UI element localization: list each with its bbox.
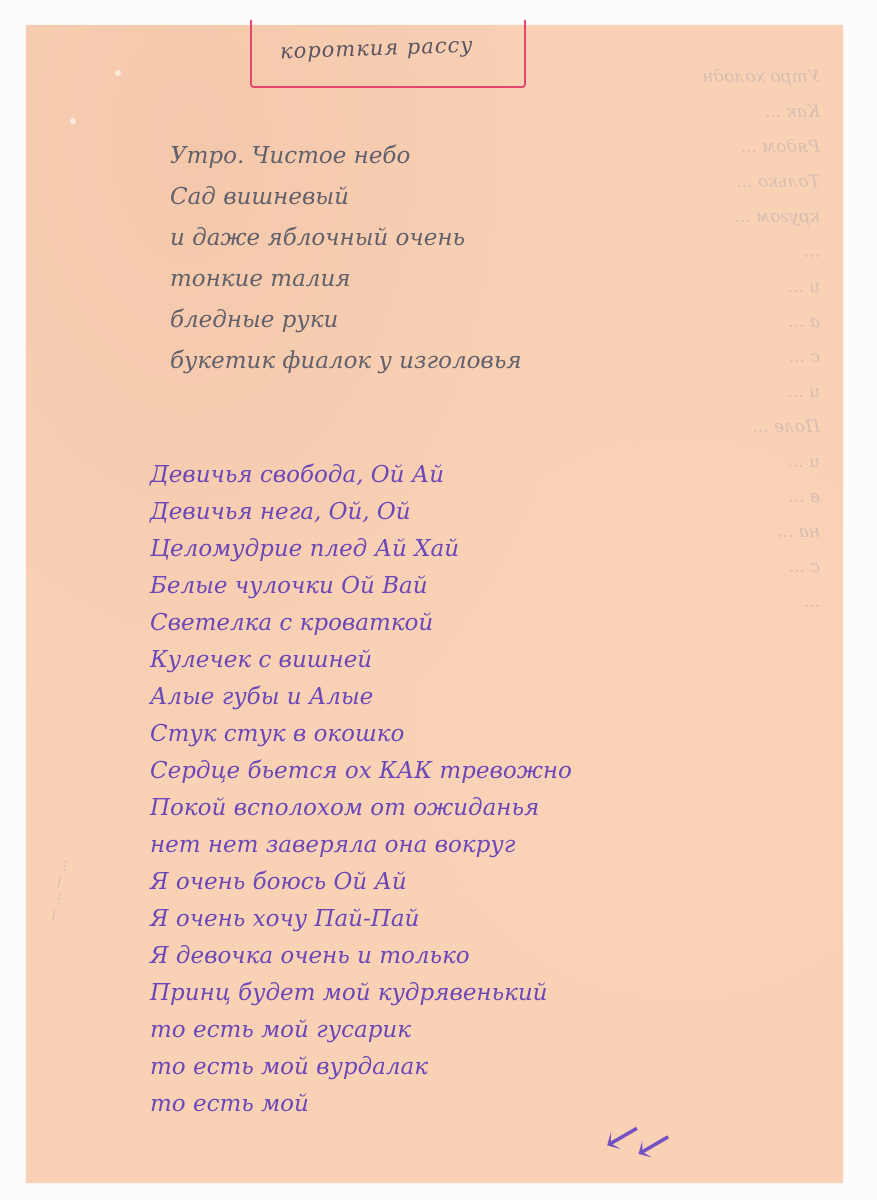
bleed-line: а ... [600,305,820,340]
paper-crease [70,118,76,124]
poem-line: букетик фиалок у изголовья [170,341,522,382]
bleed-line: Только ... [600,165,820,200]
poem-line: Покой всполохом от ожиданья [150,790,572,827]
bleed-through-text: Утро холодн Как ... Рядом ... Только ...… [600,60,820,620]
bleed-line: и ... [600,445,820,480]
poem-line: Утро. Чистое небо [170,136,522,177]
poem-line: тонкие талия [170,259,522,300]
paper-crease [115,70,121,76]
poem-line: то есть мой вурдалак [150,1049,572,1086]
bleed-line: Поле ... [600,410,820,445]
poem-line: Я девочка очень и только [150,938,572,975]
poem-line: то есть мой гусарик [150,1012,572,1049]
poem-line: Сад вишневый [170,177,522,218]
poem-line: Стук стук в окошко [150,716,572,753]
poem-line: Целомудрие плед Ай Хай [150,531,572,568]
poem-line: и даже яблочный очень [170,218,522,259]
bleed-line: и ... [600,375,820,410]
bleed-line: с ... [600,340,820,375]
pencil-stanza: Утро. Чистое небо Сад вишневый и даже яб… [170,136,522,382]
poem-line: то есть мой [150,1086,572,1123]
bleed-line: ... [600,585,820,620]
bleed-line: кругом ... [600,200,820,235]
poem-line: Алые губы и Алые [150,679,572,716]
bleed-line: с ... [600,550,820,585]
poem-line: Кулечек с вишней [150,642,572,679]
poem-line: нет нет заверяла она вокруг [150,827,572,864]
bleed-line: и ... [600,270,820,305]
poem-line: Я очень боюсь Ой Ай [150,864,572,901]
bleed-line: в ... [600,480,820,515]
bleed-line: ... [600,235,820,270]
bleed-line: Рядом ... [600,130,820,165]
bleed-line: на ... [600,515,820,550]
poem-line: Светелка с кроваткой [150,605,572,642]
poem-line: Принц будет мой кудрявенький [150,975,572,1012]
bleed-line: Утро холодн [600,60,820,95]
bleed-line: Как ... [600,95,820,130]
poem-line: Я очень хочу Пай-Пай [150,901,572,938]
poem-line: Сердце бьется ох КАК тревожно [150,753,572,790]
poem-line: Белые чулочки Ой Вай [150,568,572,605]
poem-line: Девичья свобода, Ой Ай [150,457,572,494]
ink-stanza: Девичья свобода, Ой Ай Девичья нега, Ой,… [150,457,572,1123]
poem-line: Девичья нега, Ой, Ой [150,494,572,531]
poem-line: бледные руки [170,300,522,341]
